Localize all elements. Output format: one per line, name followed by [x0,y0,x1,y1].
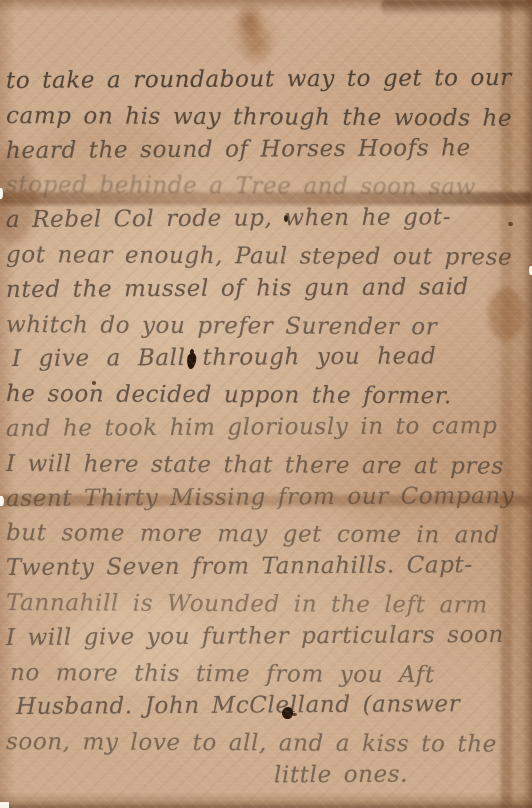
handwriting-line: nted the mussel of his gun and said [6,270,528,308]
torn-edge-notch [0,188,3,199]
handwritten-text: to take a roundabout way to get to our c… [6,64,528,795]
handwriting-line: to take a roundabout way to get to our [6,61,528,99]
handwriting-line: I will give you further particulars soon [6,618,528,656]
handwriting-line closing-line: little ones. [6,757,528,795]
handwriting-line: I give a Ball through you head [6,339,528,377]
handwriting-line signature-line: Husband. John McClelland (answer [6,687,528,725]
paper-stain [216,0,290,70]
handwriting-line: asent Thirty Missing from our Company [6,478,528,516]
handwriting-line: Twenty Seven from Tannahills. Capt- [6,548,528,586]
handwriting-line: and he took him gloriously in to camp [6,409,528,447]
letter-page: to take a roundabout way to get to our c… [0,0,532,808]
paper-stain [382,0,532,16]
handwriting-line: heard the sound of Horses Hoofs he [6,130,528,168]
handwriting-line: a Rebel Col rode up, when he got- [6,200,528,238]
torn-edge-notch [0,496,4,506]
torn-edge-notch [0,802,9,808]
